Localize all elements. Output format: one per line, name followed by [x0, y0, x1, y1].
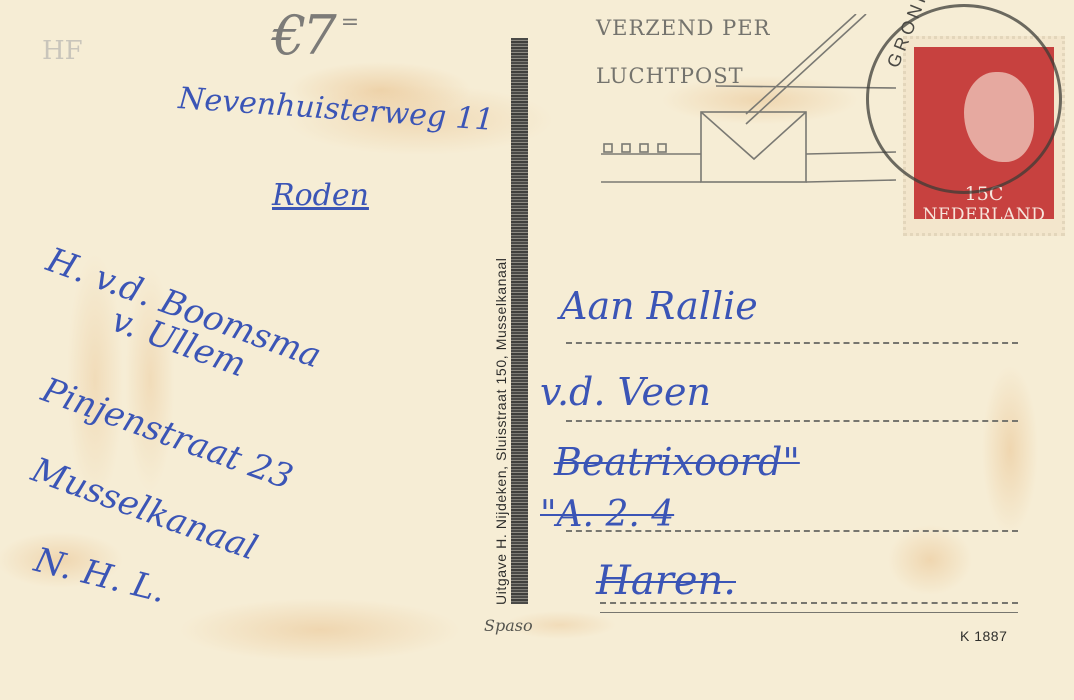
stamp-country: NEDERLAND — [914, 205, 1054, 219]
envelope-icon — [596, 14, 896, 194]
recipient-line-5: Haren. — [596, 558, 736, 604]
message-line-5: N. H. L. — [30, 540, 170, 611]
sender-street: Nevenhuisterweg 11 — [177, 81, 495, 138]
address-line-1 — [566, 342, 1018, 344]
address-line-4-under — [600, 612, 1018, 613]
center-divider-bar — [511, 38, 528, 604]
recipient-line-4: "A. 2. 4 — [540, 494, 674, 535]
round-postmark: GRONINGEN — [866, 4, 1062, 194]
pencil-code-note: HF — [42, 36, 83, 66]
recipient-line-3: Beatrixoord" — [554, 440, 800, 484]
slogan-cancellation: VERZEND PER LUCHTPOST — [596, 14, 896, 194]
postcard-back: HF €7= Nevenhuisterweg 11 Roden H. v.d. … — [0, 0, 1074, 700]
address-line-3 — [566, 530, 1018, 532]
publisher-imprint: Uitgave H. Nijdeken, Sluisstraat 150, Mu… — [493, 258, 509, 606]
sender-town: Roden — [272, 178, 369, 213]
recipient-line-1: Aan Rallie — [560, 284, 758, 328]
price-suffix: = — [341, 10, 355, 35]
address-line-4 — [600, 602, 1018, 604]
postmark-town: GRONINGEN — [883, 0, 958, 71]
address-line-2 — [566, 420, 1018, 422]
pencil-price-note: €7= — [272, 4, 347, 67]
price-value: €7 — [272, 4, 333, 67]
publisher-brand: Spaso — [484, 616, 533, 635]
catalog-number: K 1887 — [960, 628, 1007, 644]
recipient-line-2: v.d. Veen — [540, 370, 711, 414]
